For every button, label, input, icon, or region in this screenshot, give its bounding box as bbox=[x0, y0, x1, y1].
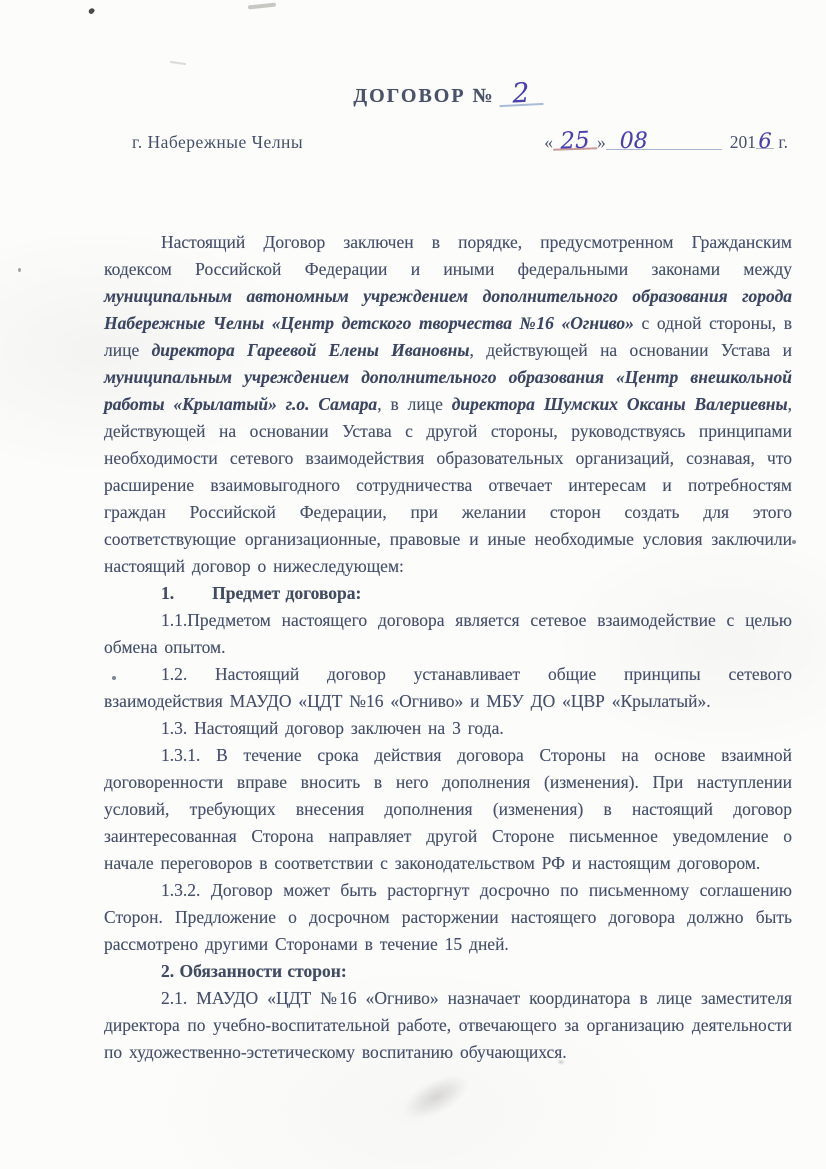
section-1-heading: 1.Предмет договора: bbox=[104, 580, 792, 607]
date-row: г. Набережные Челны «25»082016 г. bbox=[104, 132, 792, 153]
scan-artifact-speck bbox=[88, 7, 96, 15]
city-label: г. Набережные Челны bbox=[104, 132, 303, 153]
date-day-handwritten: 25 bbox=[553, 133, 598, 151]
scan-artifact-smudge bbox=[384, 1056, 488, 1138]
section-2-heading: 2. Обязанности сторон: bbox=[104, 958, 792, 985]
date-quote-open: « bbox=[544, 132, 553, 152]
date-year-printed: 201 bbox=[730, 132, 756, 152]
date-month-handwritten: 08 bbox=[606, 135, 722, 150]
date-year-suffix: г. bbox=[778, 132, 788, 152]
scan-artifact-dot bbox=[18, 268, 21, 272]
date-quote-close: » bbox=[597, 132, 606, 152]
document-body: ДОГОВОР №2 г. Набережные Челны «25»08201… bbox=[104, 0, 792, 1066]
date-line: «25»082016 г. bbox=[544, 132, 792, 153]
intro-paragraph: Настоящий Договор заключен в порядке, пр… bbox=[104, 229, 792, 580]
scanned-contract-page: ДОГОВОР №2 г. Набережные Челны «25»08201… bbox=[0, 0, 826, 1169]
section-1-title: Предмет договора: bbox=[212, 583, 361, 603]
clause-2-1: 2.1. МАУДО «ЦДТ №16 «Огниво» назначает к… bbox=[104, 985, 792, 1066]
clause-1-1: 1.1.Предметом настоящего договора являет… bbox=[104, 607, 792, 661]
document-title-label: ДОГОВОР № bbox=[353, 85, 494, 107]
contract-number-handwritten: 2 bbox=[498, 83, 543, 107]
document-title: ДОГОВОР №2 bbox=[104, 84, 792, 108]
clause-1-3: 1.3. Настоящий договор заключен на 3 год… bbox=[104, 715, 792, 742]
date-year-handwritten: 6 bbox=[756, 134, 774, 149]
contract-text: Настоящий Договор заключен в порядке, пр… bbox=[104, 229, 792, 1066]
clause-1-2: 1.2. Настоящий договор устанавливает общ… bbox=[104, 661, 792, 715]
clause-1-3-1: 1.3.1. В течение срока действия договора… bbox=[104, 742, 792, 877]
clause-1-3-2: 1.3.2. Договор может быть расторгнут дос… bbox=[104, 877, 792, 958]
section-1-number: 1. bbox=[161, 583, 174, 603]
scan-artifact-dot bbox=[792, 540, 796, 544]
